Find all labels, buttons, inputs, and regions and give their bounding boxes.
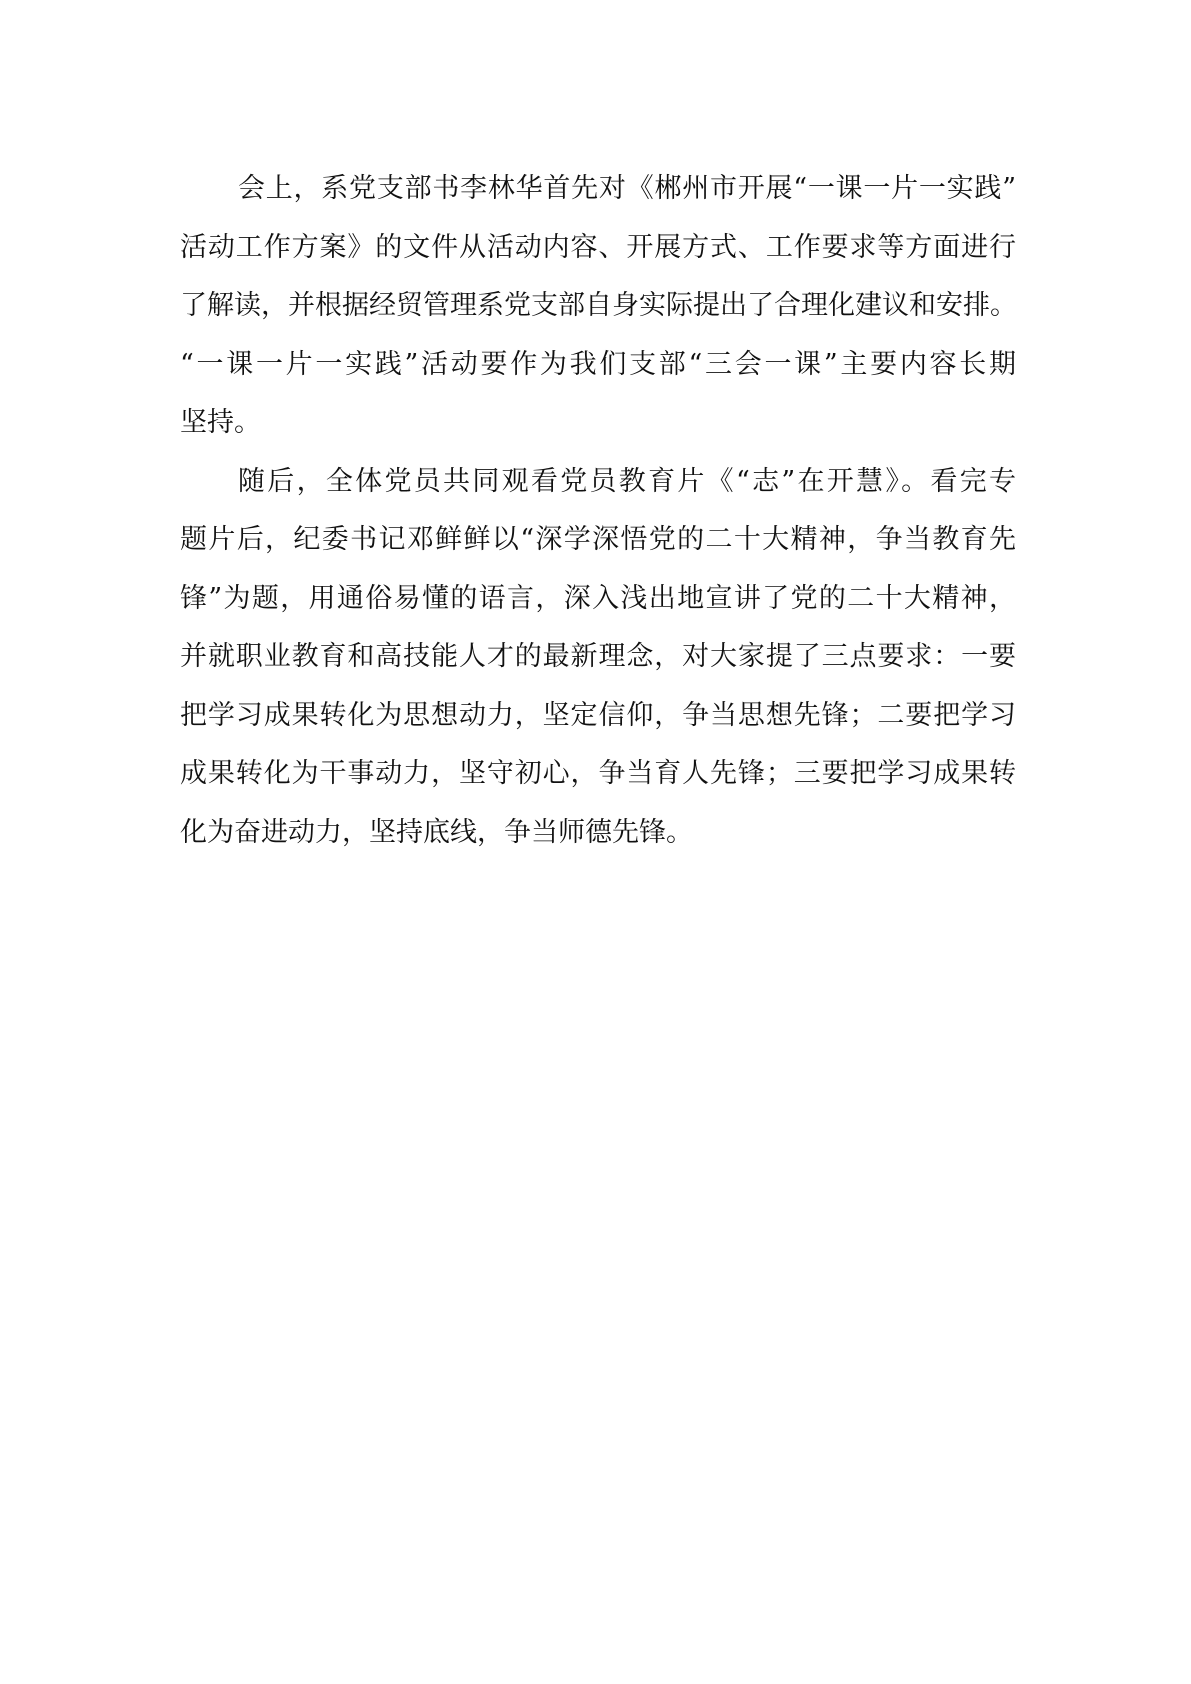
paragraph-line: 活动工作方案》的文件从活动内容、开展方式、工作要求等方面进行: [180, 219, 1016, 278]
paragraph-line: 随后，全体党员共同观看党员教育片《“志”在开慧》。看完专: [180, 453, 1016, 512]
paragraph-line: 会上，系党支部书李林华首先对《郴州市开展“一课一片一实践”: [180, 160, 1016, 219]
paragraph-line: 成果转化为干事动力，坚守初心，争当育人先锋；三要把学习成果转: [180, 745, 1016, 804]
document-page: 会上，系党支部书李林华首先对《郴州市开展“一课一片一实践” 活动工作方案》的文件…: [0, 0, 1191, 1684]
paragraph-line: 化为奋进动力，坚持底线，争当师德先锋。: [180, 804, 1016, 863]
paragraph-line: 锋”为题，用通俗易懂的语言，深入浅出地宣讲了党的二十大精神，: [180, 570, 1016, 629]
paragraph-meeting-intro: 会上，系党支部书李林华首先对《郴州市开展“一课一片一实践” 活动工作方案》的文件…: [180, 160, 1016, 453]
paragraph-line: 题片后，纪委书记邓鲜鲜以“深学深悟党的二十大精神，争当教育先: [180, 511, 1016, 570]
paragraph-line: 了解读，并根据经贸管理系党支部自身实际提出了合理化建议和安排。: [180, 277, 1016, 336]
paragraph-line: 并就职业教育和高技能人才的最新理念，对大家提了三点要求：一要: [180, 628, 1016, 687]
paragraph-film-and-lecture: 随后，全体党员共同观看党员教育片《“志”在开慧》。看完专 题片后，纪委书记邓鲜鲜…: [180, 453, 1016, 863]
document-body: 会上，系党支部书李林华首先对《郴州市开展“一课一片一实践” 活动工作方案》的文件…: [180, 160, 1016, 862]
paragraph-line: 把学习成果转化为思想动力，坚定信仰，争当思想先锋；二要把学习: [180, 687, 1016, 746]
paragraph-line: “一课一片一实践”活动要作为我们支部“三会一课”主要内容长期: [180, 336, 1016, 395]
paragraph-line: 坚持。: [180, 394, 1016, 453]
